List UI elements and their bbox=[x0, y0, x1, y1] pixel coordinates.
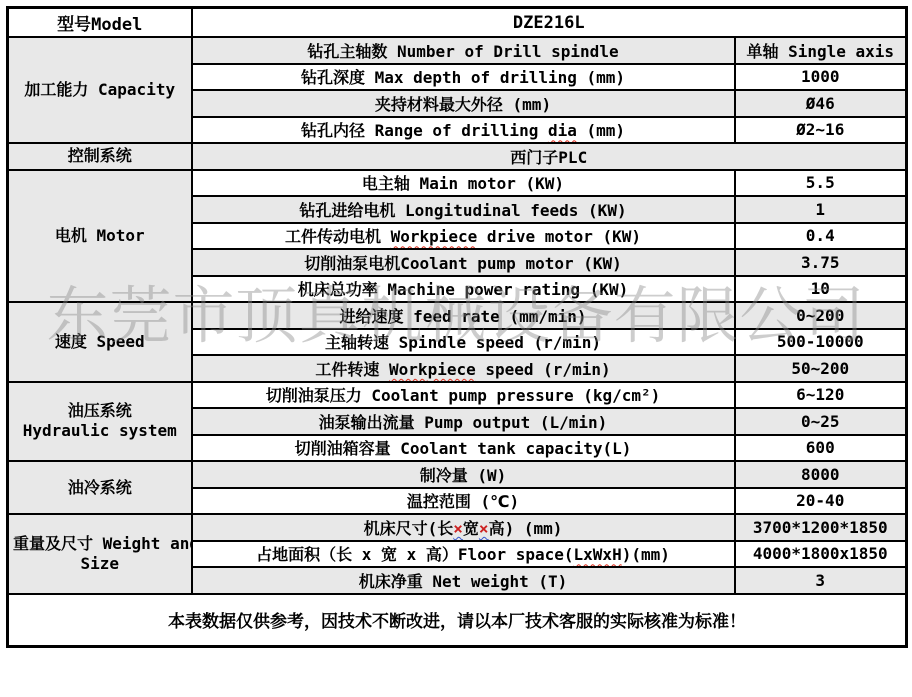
spec-label-cell: 切削油泵电机Coolant pump motor (KW) bbox=[192, 249, 735, 276]
spec-value-cell: 8000 bbox=[735, 461, 907, 488]
spec-label: 制冷量 (W) bbox=[420, 466, 507, 485]
spec-label: 机床总功率 Machine power rating (KW) bbox=[298, 280, 628, 299]
section-label-oil-cooling-system: 油冷系统 bbox=[8, 461, 192, 514]
spec-label-cell: 电主轴 Main motor (KW) bbox=[192, 170, 735, 197]
spec-label: 钻孔主轴数 Number of Drill spindle bbox=[307, 42, 618, 61]
spec-row-cooling-capacity: 油冷系统 制冷量 (W) 8000 bbox=[8, 461, 907, 488]
spec-value: 0~200 bbox=[796, 306, 844, 325]
spec-label: 机床净重 Net weight (T) bbox=[359, 572, 568, 591]
spec-value-cell: 1000 bbox=[735, 64, 907, 91]
spec-value-cell: 1 bbox=[735, 196, 907, 223]
spec-value: 3 bbox=[815, 571, 825, 590]
model-header-row: 型号Model DZE216L bbox=[8, 8, 907, 38]
dimension-x: × bbox=[453, 519, 463, 538]
spec-value-cell: 0~25 bbox=[735, 408, 907, 435]
spec-label: 钻孔深度 Max depth of drilling (mm) bbox=[301, 68, 625, 87]
spec-value-cell: 单轴 Single axis bbox=[735, 37, 907, 64]
model-header-value: DZE216L bbox=[192, 8, 907, 38]
spec-label: 夹持材料最大外径 (mm) bbox=[375, 95, 551, 114]
spec-label-cell: 机床总功率 Machine power rating (KW) bbox=[192, 276, 735, 303]
spec-value-cell: 3 bbox=[735, 567, 907, 594]
spec-value-cell: Ø2~16 bbox=[735, 117, 907, 144]
spec-label: 切削油箱容量 Coolant tank capacity(L) bbox=[295, 439, 632, 458]
spec-label: 切削油泵压力 Coolant pump pressure (kg/cm²) bbox=[266, 386, 661, 405]
misspelled-word: Workpiece bbox=[391, 227, 478, 246]
spec-label-cell: 切削油箱容量 Coolant tank capacity(L) bbox=[192, 435, 735, 462]
spec-label: 进给速度 feed rate (mm/min) bbox=[339, 307, 586, 326]
model-header-label: 型号Model bbox=[8, 8, 192, 38]
spec-value: 8000 bbox=[801, 465, 840, 484]
spec-row-main-motor: 电机 Motor 电主轴 Main motor (KW) 5.5 bbox=[8, 170, 907, 197]
section-label-hydraulic-system: 油压系统 Hydraulic system bbox=[8, 382, 192, 462]
spec-label: 占地面积（长 x 宽 x 高）Floor space(LxWxH)(mm) bbox=[256, 545, 670, 564]
spec-value-cell: 20-40 bbox=[735, 488, 907, 515]
spec-value-cell: 600 bbox=[735, 435, 907, 462]
spec-sheet: 型号Model DZE216L 加工能力 Capacity 钻孔主轴数 Numb… bbox=[6, 6, 908, 648]
dimension-x: × bbox=[479, 519, 489, 538]
spec-label-cell: 钻孔主轴数 Number of Drill spindle bbox=[192, 37, 735, 64]
section-label-motor: 电机 Motor bbox=[8, 170, 192, 303]
misspelled-word: Workpiece bbox=[389, 360, 476, 379]
spec-table: 型号Model DZE216L 加工能力 Capacity 钻孔主轴数 Numb… bbox=[6, 6, 908, 648]
spec-label: 电主轴 Main motor (KW) bbox=[362, 174, 564, 193]
spec-label-cell: 工件转速 Workpiece speed (r/min) bbox=[192, 355, 735, 382]
spec-label-cell: 机床净重 Net weight (T) bbox=[192, 567, 735, 594]
spec-row-machine-dimensions: 重量及尺寸 Weight and Size 机床尺寸(长×宽×高) (mm) 3… bbox=[8, 514, 907, 541]
spec-value: 单轴 Single axis bbox=[746, 42, 894, 61]
footer-note-text: 本表数据仅供参考，因技术不断改进，请以本厂技术客服的实际核准为标准！ bbox=[168, 612, 746, 632]
spec-label: 温控范围 (℃) bbox=[407, 492, 519, 511]
spec-label: 工件传动电机 Workpiece drive motor (KW) bbox=[285, 227, 641, 246]
spec-value-cell: 3.75 bbox=[735, 249, 907, 276]
spec-value-cell: 500-10000 bbox=[735, 329, 907, 356]
spec-label-cell: 占地面积（长 x 宽 x 高）Floor space(LxWxH)(mm) bbox=[192, 541, 735, 568]
spec-value-cell: 10 bbox=[735, 276, 907, 303]
spec-label-cell: 机床尺寸(长×宽×高) (mm) bbox=[192, 514, 735, 541]
spec-value-cell: 50~200 bbox=[735, 355, 907, 382]
spec-value-cell: 4000*1800x1850 bbox=[735, 541, 907, 568]
section-label-control-system: 控制系统 bbox=[8, 143, 192, 170]
spec-label-cell: 制冷量 (W) bbox=[192, 461, 735, 488]
spec-label: 油泵输出流量 Pump output (L/min) bbox=[319, 413, 608, 432]
spec-label-cell: 钻孔进给电机 Longitudinal feeds (KW) bbox=[192, 196, 735, 223]
spec-value: 西门子PLC bbox=[510, 148, 587, 167]
footer-note-row: 本表数据仅供参考，因技术不断改进，请以本厂技术客服的实际核准为标准！ bbox=[8, 594, 907, 647]
control-system-value-cell: 西门子PLC bbox=[192, 143, 907, 170]
section-label-speed: 速度 Speed bbox=[8, 302, 192, 382]
spec-value: 1 bbox=[815, 200, 825, 219]
spec-label-cell: 进给速度 feed rate (mm/min) bbox=[192, 302, 735, 329]
spec-value: 3.75 bbox=[801, 253, 840, 272]
spec-label: 钻孔进给电机 Longitudinal feeds (KW) bbox=[299, 201, 626, 220]
spec-label-cell: 主轴转速 Spindle speed (r/min) bbox=[192, 329, 735, 356]
spec-label-cell: 夹持材料最大外径 (mm) bbox=[192, 90, 735, 117]
spec-row-coolant-pump-pressure: 油压系统 Hydraulic system 切削油泵压力 Coolant pum… bbox=[8, 382, 907, 409]
spec-value: 500-10000 bbox=[777, 332, 864, 351]
spec-value: 0.4 bbox=[806, 226, 835, 245]
spec-value-cell: 3700*1200*1850 bbox=[735, 514, 907, 541]
spec-value: 20-40 bbox=[796, 491, 844, 510]
spec-row-control-system: 控制系统 西门子PLC bbox=[8, 143, 907, 170]
spec-value: 600 bbox=[806, 438, 835, 457]
spec-label-cell: 工件传动电机 Workpiece drive motor (KW) bbox=[192, 223, 735, 250]
spec-label: 机床尺寸(长×宽×高) (mm) bbox=[364, 519, 563, 538]
spec-label-cell: 油泵输出流量 Pump output (L/min) bbox=[192, 408, 735, 435]
section-label-weight-and-size: 重量及尺寸 Weight and Size bbox=[8, 514, 192, 594]
spec-label: 钻孔内径 Range of drilling dia (mm) bbox=[301, 121, 625, 140]
spec-value: 5.5 bbox=[806, 173, 835, 192]
misspelled-word: dia bbox=[548, 121, 577, 140]
spec-label: 切削油泵电机Coolant pump motor (KW) bbox=[304, 254, 622, 273]
spec-label-cell: 钻孔内径 Range of drilling dia (mm) bbox=[192, 117, 735, 144]
spec-value: 4000*1800x1850 bbox=[753, 544, 888, 563]
model-value-text: DZE216L bbox=[513, 13, 585, 33]
spec-value-cell: 0.4 bbox=[735, 223, 907, 250]
spec-label-cell: 切削油泵压力 Coolant pump pressure (kg/cm²) bbox=[192, 382, 735, 409]
misspelled-word: LxWxH bbox=[574, 545, 622, 564]
spec-label-cell: 钻孔深度 Max depth of drilling (mm) bbox=[192, 64, 735, 91]
spec-row-feed-rate: 速度 Speed 进给速度 feed rate (mm/min) 0~200 bbox=[8, 302, 907, 329]
spec-value: 10 bbox=[811, 279, 830, 298]
spec-row-drill-spindles: 加工能力 Capacity 钻孔主轴数 Number of Drill spin… bbox=[8, 37, 907, 64]
spec-value: 0~25 bbox=[801, 412, 840, 431]
spec-value-cell: 6~120 bbox=[735, 382, 907, 409]
spec-value: 6~120 bbox=[796, 385, 844, 404]
spec-value-cell: 0~200 bbox=[735, 302, 907, 329]
spec-value: 50~200 bbox=[791, 359, 849, 378]
spec-value: Ø2~16 bbox=[796, 120, 844, 139]
spec-label: 主轴转速 Spindle speed (r/min) bbox=[325, 333, 601, 352]
spec-value: 3700*1200*1850 bbox=[753, 518, 888, 537]
spec-label: 工件转速 Workpiece speed (r/min) bbox=[315, 360, 610, 379]
spec-value-cell: 5.5 bbox=[735, 170, 907, 197]
model-label-text: 型号Model bbox=[57, 15, 142, 35]
spec-value-cell: Ø46 bbox=[735, 90, 907, 117]
spec-value: Ø46 bbox=[806, 94, 835, 113]
spec-value: 1000 bbox=[801, 67, 840, 86]
section-label-capacity: 加工能力 Capacity bbox=[8, 37, 192, 143]
spec-label-cell: 温控范围 (℃) bbox=[192, 488, 735, 515]
footer-note-cell: 本表数据仅供参考，因技术不断改进，请以本厂技术客服的实际核准为标准！ bbox=[8, 594, 907, 647]
